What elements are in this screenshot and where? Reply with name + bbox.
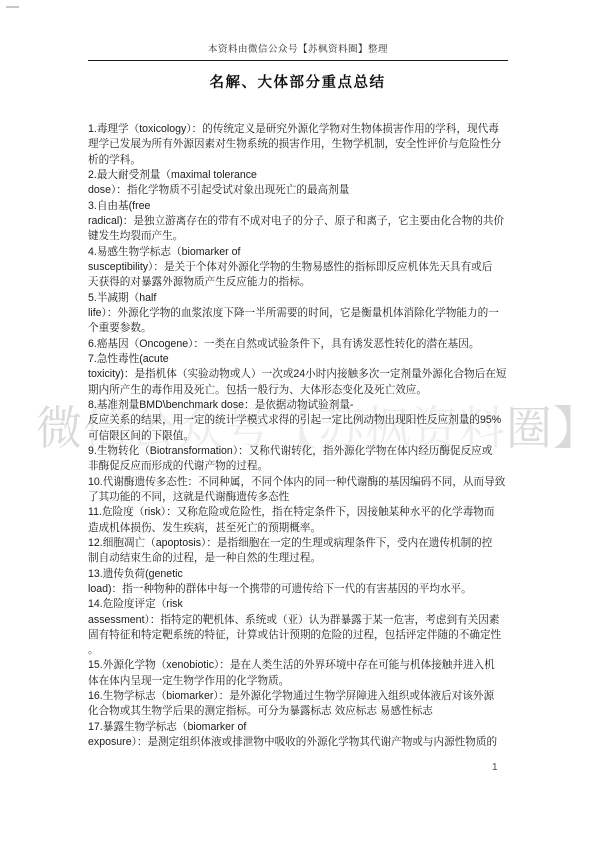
header-note: 本资料由微信公众号【苏枫资料圈】整理 <box>88 41 508 61</box>
text-line: 非酶促反应而形成的代谢产物的过程。 <box>88 459 509 474</box>
text-line: 7.急性毒性(acute <box>88 352 509 367</box>
text-line: 。 <box>88 643 509 658</box>
text-line: 1.毒理学（toxicology）：的传统定义是研究外源化学物对生物体损害作用的… <box>88 122 509 137</box>
text-line: 13.遗传负荷(genetic <box>88 567 509 582</box>
text-line: exposure）：是测定组织体液或排泄物中吸收的外源化学物其代谢产物或与内源性… <box>88 735 509 750</box>
text-line: 个重要参数。 <box>88 321 509 336</box>
glossary-text-block: 1.毒理学（toxicology）：的传统定义是研究外源化学物对生物体损害作用的… <box>88 122 509 750</box>
text-line: 5.半减期（half <box>88 291 509 306</box>
text-line: 反应关系的结果，用一定的统计学模式求得的引起一定比例动物出现阳性反应剂量的95% <box>88 413 509 428</box>
text-line: 4.易感生物学标志（biomarker of <box>88 245 509 260</box>
text-line: 6.癌基因（Oncogene）：一类在自然或试验条件下，具有诱发恶性转化的潜在基… <box>88 337 509 352</box>
text-line: 了其功能的不同，这就是代谢酶遗传多态性 <box>88 490 509 505</box>
text-line: 析的学科。 <box>88 153 509 168</box>
text-line: 期内所产生的毒作用及死亡。包括一般行为、大体形态变化及死亡效应。 <box>88 383 509 398</box>
text-line: radical)：是独立游离存在的带有不成对电子的分子、原子和离子，它主要由化合… <box>88 214 509 229</box>
text-line: 9.生物转化（Biotransformation）：又称代谢转化，指外源化学物在… <box>88 444 509 459</box>
text-line: 体在体内呈现一定生物学作用的化学物质。 <box>88 674 509 689</box>
text-line: 理学已发展为所有外源因素对生物系统的损害作用，生物学机制，安全性评价与危险性分 <box>88 137 509 152</box>
text-line: assessment）：指特定的靶机体、系统或（亚）认为群暴露于某一危害，考虑到… <box>88 613 509 628</box>
text-line: 3.自由基(free <box>88 199 509 214</box>
text-line: 键发生均裂而产生。 <box>88 229 509 244</box>
text-line: 8.基准剂量BMD\benchmark dose：是依据动物试验剂量- <box>88 398 509 413</box>
text-line: 10.代谢酶遗传多态性：不同种属，不同个体内的同一种代谢酶的基因编码不同，从而导… <box>88 475 509 490</box>
text-line: susceptibility）：是关于个体对外源化学物的生物易感性的指标即反应机… <box>88 260 509 275</box>
text-line: 15.外源化学物（xenobiotic）：是在人类生活的外界环境中存在可能与机体… <box>88 658 509 673</box>
page-title: 名解、大体部分重点总结 <box>0 71 595 92</box>
text-line: 化合物或其生物学后果的测定指标。可分为暴露标志 效应标志 易感性标志 <box>88 704 509 719</box>
document-page: 本资料由微信公众号【苏枫资料圈】整理 名解、大体部分重点总结 微信公众号【苏枫资… <box>0 0 595 841</box>
text-line: 17.暴露生物学标志（biomarker of <box>88 720 509 735</box>
text-line: 14.危险度评定（risk <box>88 597 509 612</box>
text-line: 11.危险度（risk）：又称危险或危险性，指在特定条件下，因接触某种水平的化学… <box>88 505 509 520</box>
corner-mark <box>6 6 19 8</box>
text-line: load)：指一种物种的群体中每一个携带的可遗传给下一代的有害基因的平均水平。 <box>88 582 509 597</box>
text-line: toxicity)：是指机体（实验动物或人）一次或24小时内接触多次一定剂量外源… <box>88 367 509 382</box>
text-line: 可信限区间的下限值。 <box>88 429 509 444</box>
text-line: 制自动结束生命的过程，是一种自然的生理过程。 <box>88 551 509 566</box>
text-line: 天获得的对暴露外源物质产生反应能力的指标。 <box>88 275 509 290</box>
text-line: 固有特征和特定靶系统的特征，计算或估计预期的危险的过程，包括评定伴随的不确定性 <box>88 628 509 643</box>
text-line: life）：外源化学物的血浆浓度下降一半所需要的时间，它是衡量机体消除化学物能力… <box>88 306 509 321</box>
text-line: dose）：指化学物质不引起受试对象出现死亡的最高剂量 <box>88 183 509 198</box>
page-number: 1 <box>492 762 498 773</box>
text-line: 12.细胞凋亡（apoptosis）：是指细胞在一定的生理或病理条件下，受内在遗… <box>88 536 509 551</box>
text-line: 16.生物学标志（biomarker）：是外源化学物通过生物学屏障进入组织或体液… <box>88 689 509 704</box>
text-line: 造成机体损伤、发生疾病，甚至死亡的预期概率。 <box>88 521 509 536</box>
text-line: 2.最大耐受剂量（maximal tolerance <box>88 168 509 183</box>
